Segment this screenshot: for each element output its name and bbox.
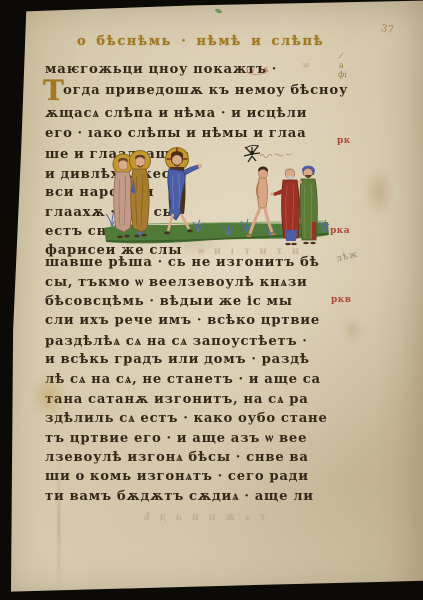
ammonian-section-number: рк <box>337 136 351 146</box>
faint-inscription <box>260 154 293 158</box>
verso-showthrough-text: ѡ <box>300 60 309 71</box>
text-line: шавше рѣша · сь не изгонитъ бѣ <box>45 255 320 270</box>
demon-figure <box>244 145 260 162</box>
text-line: и всѣкь градъ или домъ · раздѣ <box>45 352 310 367</box>
parchment-stain <box>342 318 362 342</box>
pencil-margin-note: лѣж <box>335 249 359 264</box>
parchment-page: 37 о бѣснѣмь · нѣмѣ и слѣпѣ Т іѡ ск маѥг… <box>0 0 423 600</box>
ammonian-section-number: ркв <box>331 295 352 305</box>
text-line: огда приведошѫ къ немоу бѣсноу <box>63 83 348 98</box>
text-line: ѫщасѧ слѣпа и нѣма · и исцѣли <box>45 105 307 121</box>
text-line: маѥгожьци цноу покажтъ · <box>45 62 277 77</box>
margin-note-brown: ⁄ а фі <box>338 52 350 80</box>
gold-initial-letter: Т <box>43 78 64 104</box>
parchment-crease <box>58 455 60 590</box>
text-line: сли ихъ рече имъ · всѣко цртвие <box>45 313 320 328</box>
text-line: бѣсовсцѣмь · вѣдыи же іс мы <box>45 294 293 309</box>
folio-number: 37 <box>380 23 394 36</box>
gold-header-rubric: о бѣснѣмь · нѣмѣ и слѣпѣ <box>77 34 324 49</box>
text-line: тана сатанѫ изгонитъ, на сѧ ра <box>45 391 309 407</box>
text-line: ти вамъ бѫдѫтъ сѫдиѧ · аще ли <box>45 488 314 504</box>
manuscript-photo: 37 о бѣснѣмь · нѣмѣ и слѣпѣ Т іѡ ск маѥг… <box>0 0 423 600</box>
parchment-stain <box>364 166 394 218</box>
pharisee-figure <box>298 166 317 245</box>
miniature-illumination <box>100 144 334 250</box>
christ-figure <box>164 148 202 235</box>
text-line: лзевоулѣ изгонѧ бѣсы · снве ва <box>45 449 309 465</box>
text-line: ши о комь изгонѧтъ · сего ради <box>45 468 309 484</box>
text-line: тъ цртвие его · и аще азъ ѡ вее <box>45 430 307 446</box>
apostle-figure <box>130 151 151 238</box>
verso-showthrough-text: т ѧ ж н и а д ѣ <box>140 512 266 523</box>
green-speck <box>215 8 223 14</box>
text-line: здѣлиль сѧ естъ · како оубо стане <box>45 410 328 426</box>
text-line: раздѣлѣѧ сѧ на сѧ запоустѣетъ · <box>45 333 308 349</box>
text-line: его · ıако слѣпы и нѣмы и глаа <box>45 126 306 141</box>
apostle-figure <box>113 154 133 238</box>
text-line: сы, тъкмо ѡ веелзевоулѣ кнѧзи <box>45 274 308 290</box>
text-line: лѣ сѧ на сѧ, не станетъ · и аще са <box>45 371 321 387</box>
